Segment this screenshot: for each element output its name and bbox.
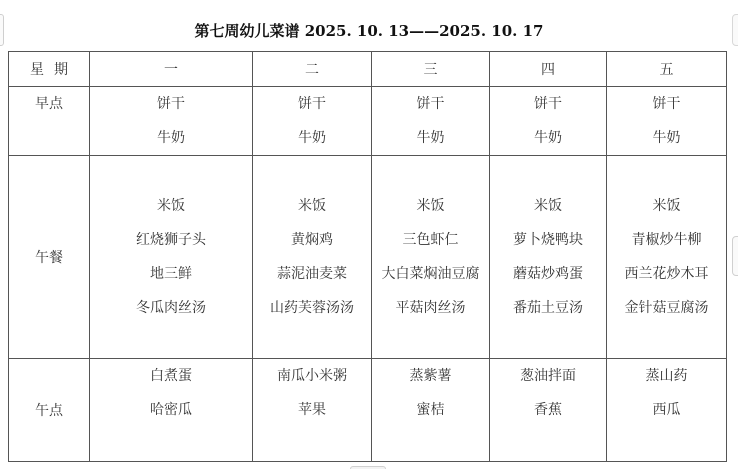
- menu-item: 米饭: [157, 189, 185, 223]
- day-header-tue: 二: [253, 52, 372, 87]
- menu-item: 牛奶: [534, 121, 562, 155]
- document-title: 第七周幼儿菜谱 2025. 10. 13——2025. 10. 17: [0, 20, 738, 41]
- weekday-corner-label: 星期: [9, 52, 90, 87]
- menu-cell: 蒸山药 西瓜: [607, 359, 727, 462]
- header-row: 星期 一 二 三 四 五: [9, 52, 727, 87]
- menu-cell: 饼干 牛奶: [490, 87, 607, 156]
- menu-item: 西兰花炒木耳: [625, 257, 709, 291]
- menu-item: 饼干: [653, 87, 681, 121]
- menu-item: 地三鲜: [150, 257, 192, 291]
- menu-cell: 饼干 牛奶: [372, 87, 490, 156]
- right-edge-scroll-handle[interactable]: [732, 236, 738, 276]
- menu-item: 蒸紫薯: [410, 359, 452, 393]
- menu-item: 牛奶: [417, 121, 445, 155]
- menu-item: 香蕉: [534, 393, 562, 427]
- menu-item: 蘑菇炒鸡蛋: [513, 257, 583, 291]
- menu-item: 牛奶: [653, 121, 681, 155]
- menu-item: 米饭: [417, 189, 445, 223]
- menu-item: 米饭: [534, 189, 562, 223]
- meal-label: 午餐: [9, 247, 89, 267]
- meal-label-cell: 早点: [9, 87, 90, 156]
- menu-item: 大白菜焖油豆腐: [382, 257, 480, 291]
- day-header-thu: 四: [490, 52, 607, 87]
- menu-item: 蜜桔: [417, 393, 445, 427]
- menu-cell: 米饭 三色虾仁 大白菜焖油豆腐 平菇肉丝汤: [372, 156, 490, 359]
- menu-item: 葱油拌面: [520, 359, 576, 393]
- table-row-afternoon-snack: 午点 白煮蛋 哈密瓜 南瓜小米粥 苹果 蒸紫薯 蜜桔 葱油拌面 香蕉 蒸山药 西…: [9, 359, 727, 462]
- menu-item: 平菇肉丝汤: [396, 291, 466, 325]
- meal-label-cell: 午餐: [9, 156, 90, 359]
- menu-item: 蒜泥油麦菜: [277, 257, 347, 291]
- menu-item: 冬瓜肉丝汤: [136, 291, 206, 325]
- menu-cell: 米饭 红烧狮子头 地三鲜 冬瓜肉丝汤: [90, 156, 253, 359]
- menu-item: 黄焖鸡: [291, 223, 333, 257]
- menu-cell: 葱油拌面 香蕉: [490, 359, 607, 462]
- menu-cell: 米饭 黄焖鸡 蒜泥油麦菜 山药芙蓉汤汤: [253, 156, 372, 359]
- meal-label-cell: 午点: [9, 359, 90, 462]
- menu-item: 金针菇豆腐汤: [625, 291, 709, 325]
- menu-item: 番茄土豆汤: [513, 291, 583, 325]
- menu-cell: 饼干 牛奶: [90, 87, 253, 156]
- menu-cell: 白煮蛋 哈密瓜: [90, 359, 253, 462]
- menu-item: 山药芙蓉汤汤: [270, 291, 354, 325]
- menu-item: 米饭: [653, 189, 681, 223]
- meal-label: 早点: [9, 87, 89, 121]
- menu-cell: 饼干 牛奶: [607, 87, 727, 156]
- table-row-lunch: 午餐 米饭 红烧狮子头 地三鲜 冬瓜肉丝汤 米饭 黄焖鸡 蒜泥油麦菜 山药芙蓉汤…: [9, 156, 727, 359]
- menu-item: 米饭: [298, 189, 326, 223]
- menu-item: 苹果: [298, 393, 326, 427]
- menu-item: 蒸山药: [646, 359, 688, 393]
- menu-item: 饼干: [298, 87, 326, 121]
- menu-item: 萝卜烧鸭块: [513, 223, 583, 257]
- menu-item: 三色虾仁: [403, 223, 459, 257]
- table-row-breakfast: 早点 饼干 牛奶 饼干 牛奶 饼干 牛奶 饼干 牛奶 饼干 牛奶: [9, 87, 727, 156]
- menu-cell: 南瓜小米粥 苹果: [253, 359, 372, 462]
- menu-item: 白煮蛋: [150, 359, 192, 393]
- menu-item: 西瓜: [653, 393, 681, 427]
- menu-cell: 饼干 牛奶: [253, 87, 372, 156]
- menu-item: 南瓜小米粥: [277, 359, 347, 393]
- menu-item: 青椒炒牛柳: [632, 223, 702, 257]
- menu-item: 饼干: [157, 87, 185, 121]
- menu-item: 红烧狮子头: [136, 223, 206, 257]
- meal-label: 午点: [9, 400, 89, 420]
- menu-cell: 米饭 青椒炒牛柳 西兰花炒木耳 金针菇豆腐汤: [607, 156, 727, 359]
- menu-cell: 蒸紫薯 蜜桔: [372, 359, 490, 462]
- day-header-mon: 一: [90, 52, 253, 87]
- menu-item: 牛奶: [157, 121, 185, 155]
- day-header-wed: 三: [372, 52, 490, 87]
- menu-item: 哈密瓜: [150, 393, 192, 427]
- weekly-menu-table: 星期 一 二 三 四 五 早点 饼干 牛奶 饼干 牛奶 饼干 牛奶 饼干 牛奶 …: [8, 51, 727, 462]
- day-header-fri: 五: [607, 52, 727, 87]
- menu-cell: 米饭 萝卜烧鸭块 蘑菇炒鸡蛋 番茄土豆汤: [490, 156, 607, 359]
- menu-item: 牛奶: [298, 121, 326, 155]
- menu-item: 饼干: [417, 87, 445, 121]
- menu-item: 饼干: [534, 87, 562, 121]
